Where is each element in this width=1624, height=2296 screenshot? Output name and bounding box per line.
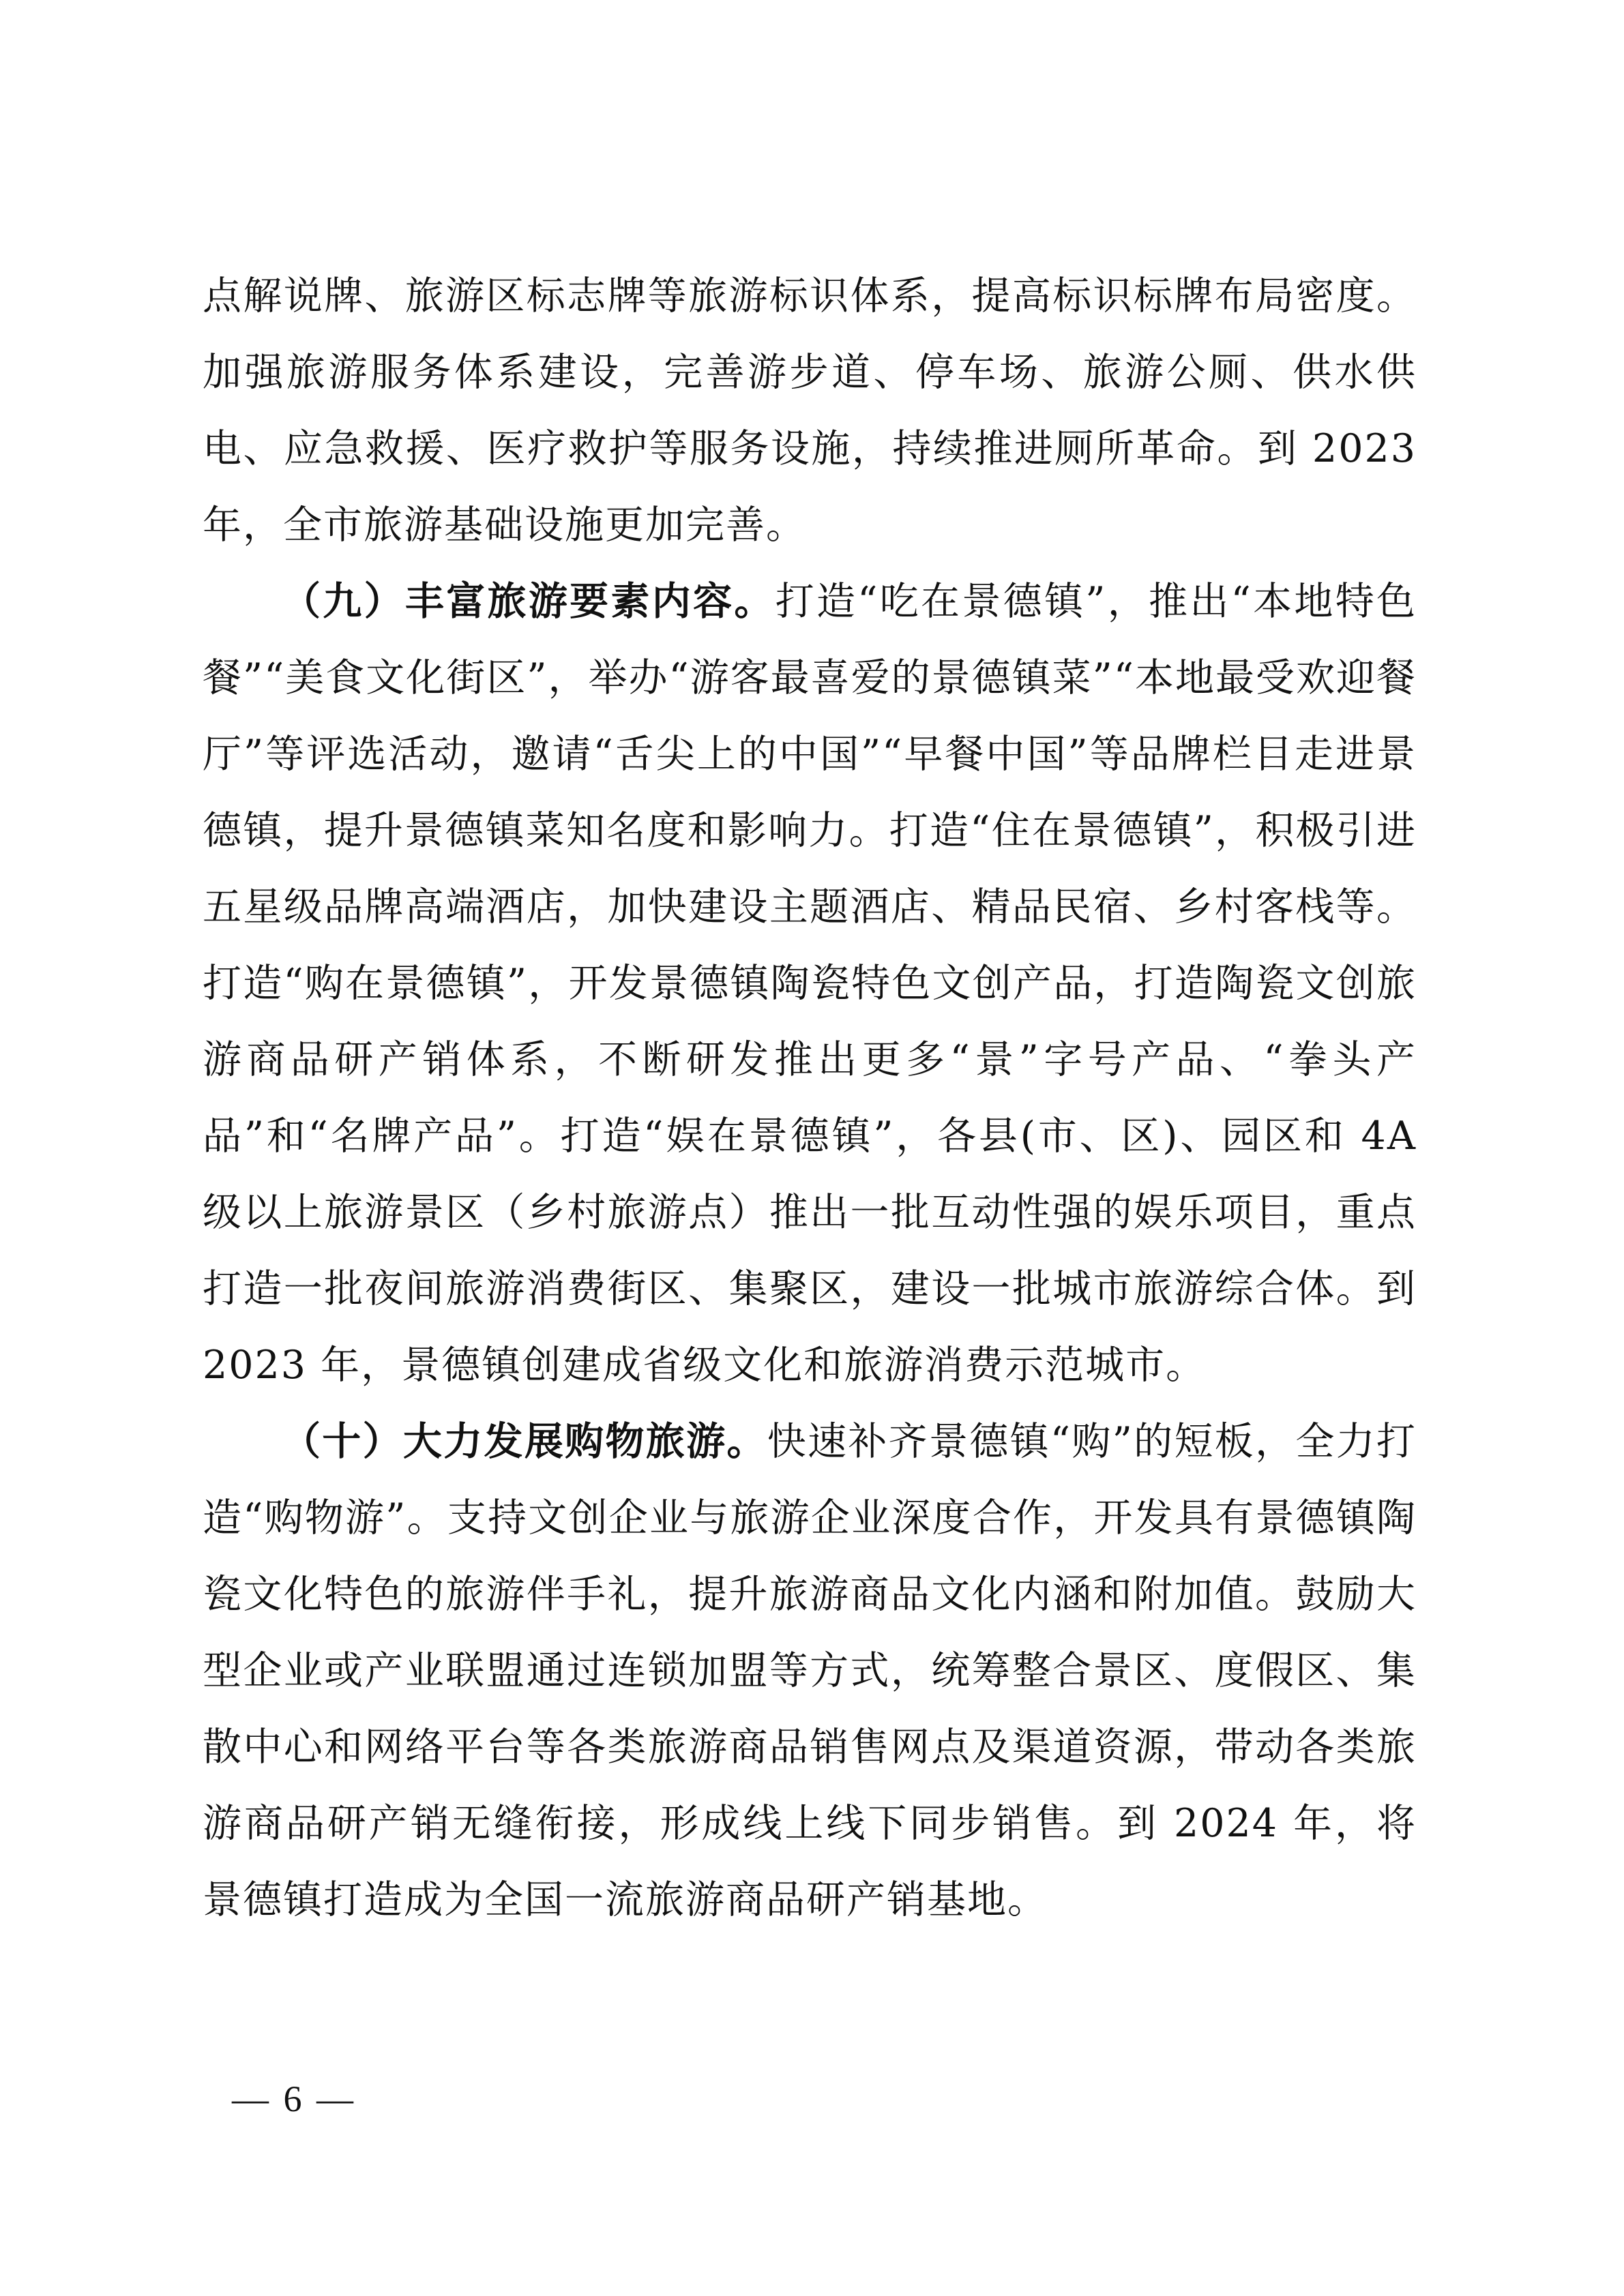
paragraph-text: 打造“吃在景德镇”，推出“本地特色餐”“美食文化街区”，举办“游客最喜爱的景德镇… [203, 579, 1417, 1388]
section-heading-10: （十）大力发展购物旅游。 [282, 1418, 767, 1464]
page-number: — 6 — [232, 2078, 356, 2119]
paragraph-infrastructure-continued: 点解说牌、旅游区标志牌等旅游标识体系，提高标识标牌布局密度。加强旅游服务体系建设… [203, 258, 1417, 563]
section-heading-9: （九）丰富旅游要素内容。 [282, 578, 776, 624]
paragraph-text: 点解说牌、旅游区标志牌等旅游标识体系，提高标识标牌布局密度。加强旅游服务体系建设… [203, 273, 1417, 548]
paragraph-text: 快速补齐景德镇“购”的短板，全力打造“购物游”。支持文创企业与旅游企业深度合作，… [203, 1419, 1417, 1922]
paragraph-section-10: （十）大力发展购物旅游。快速补齐景德镇“购”的短板，全力打造“购物游”。支持文创… [203, 1403, 1417, 1938]
paragraph-section-9: （九）丰富旅游要素内容。打造“吃在景德镇”，推出“本地特色餐”“美食文化街区”，… [203, 563, 1417, 1403]
document-page-body: 点解说牌、旅游区标志牌等旅游标识体系，提高标识标牌布局密度。加强旅游服务体系建设… [203, 258, 1417, 1938]
